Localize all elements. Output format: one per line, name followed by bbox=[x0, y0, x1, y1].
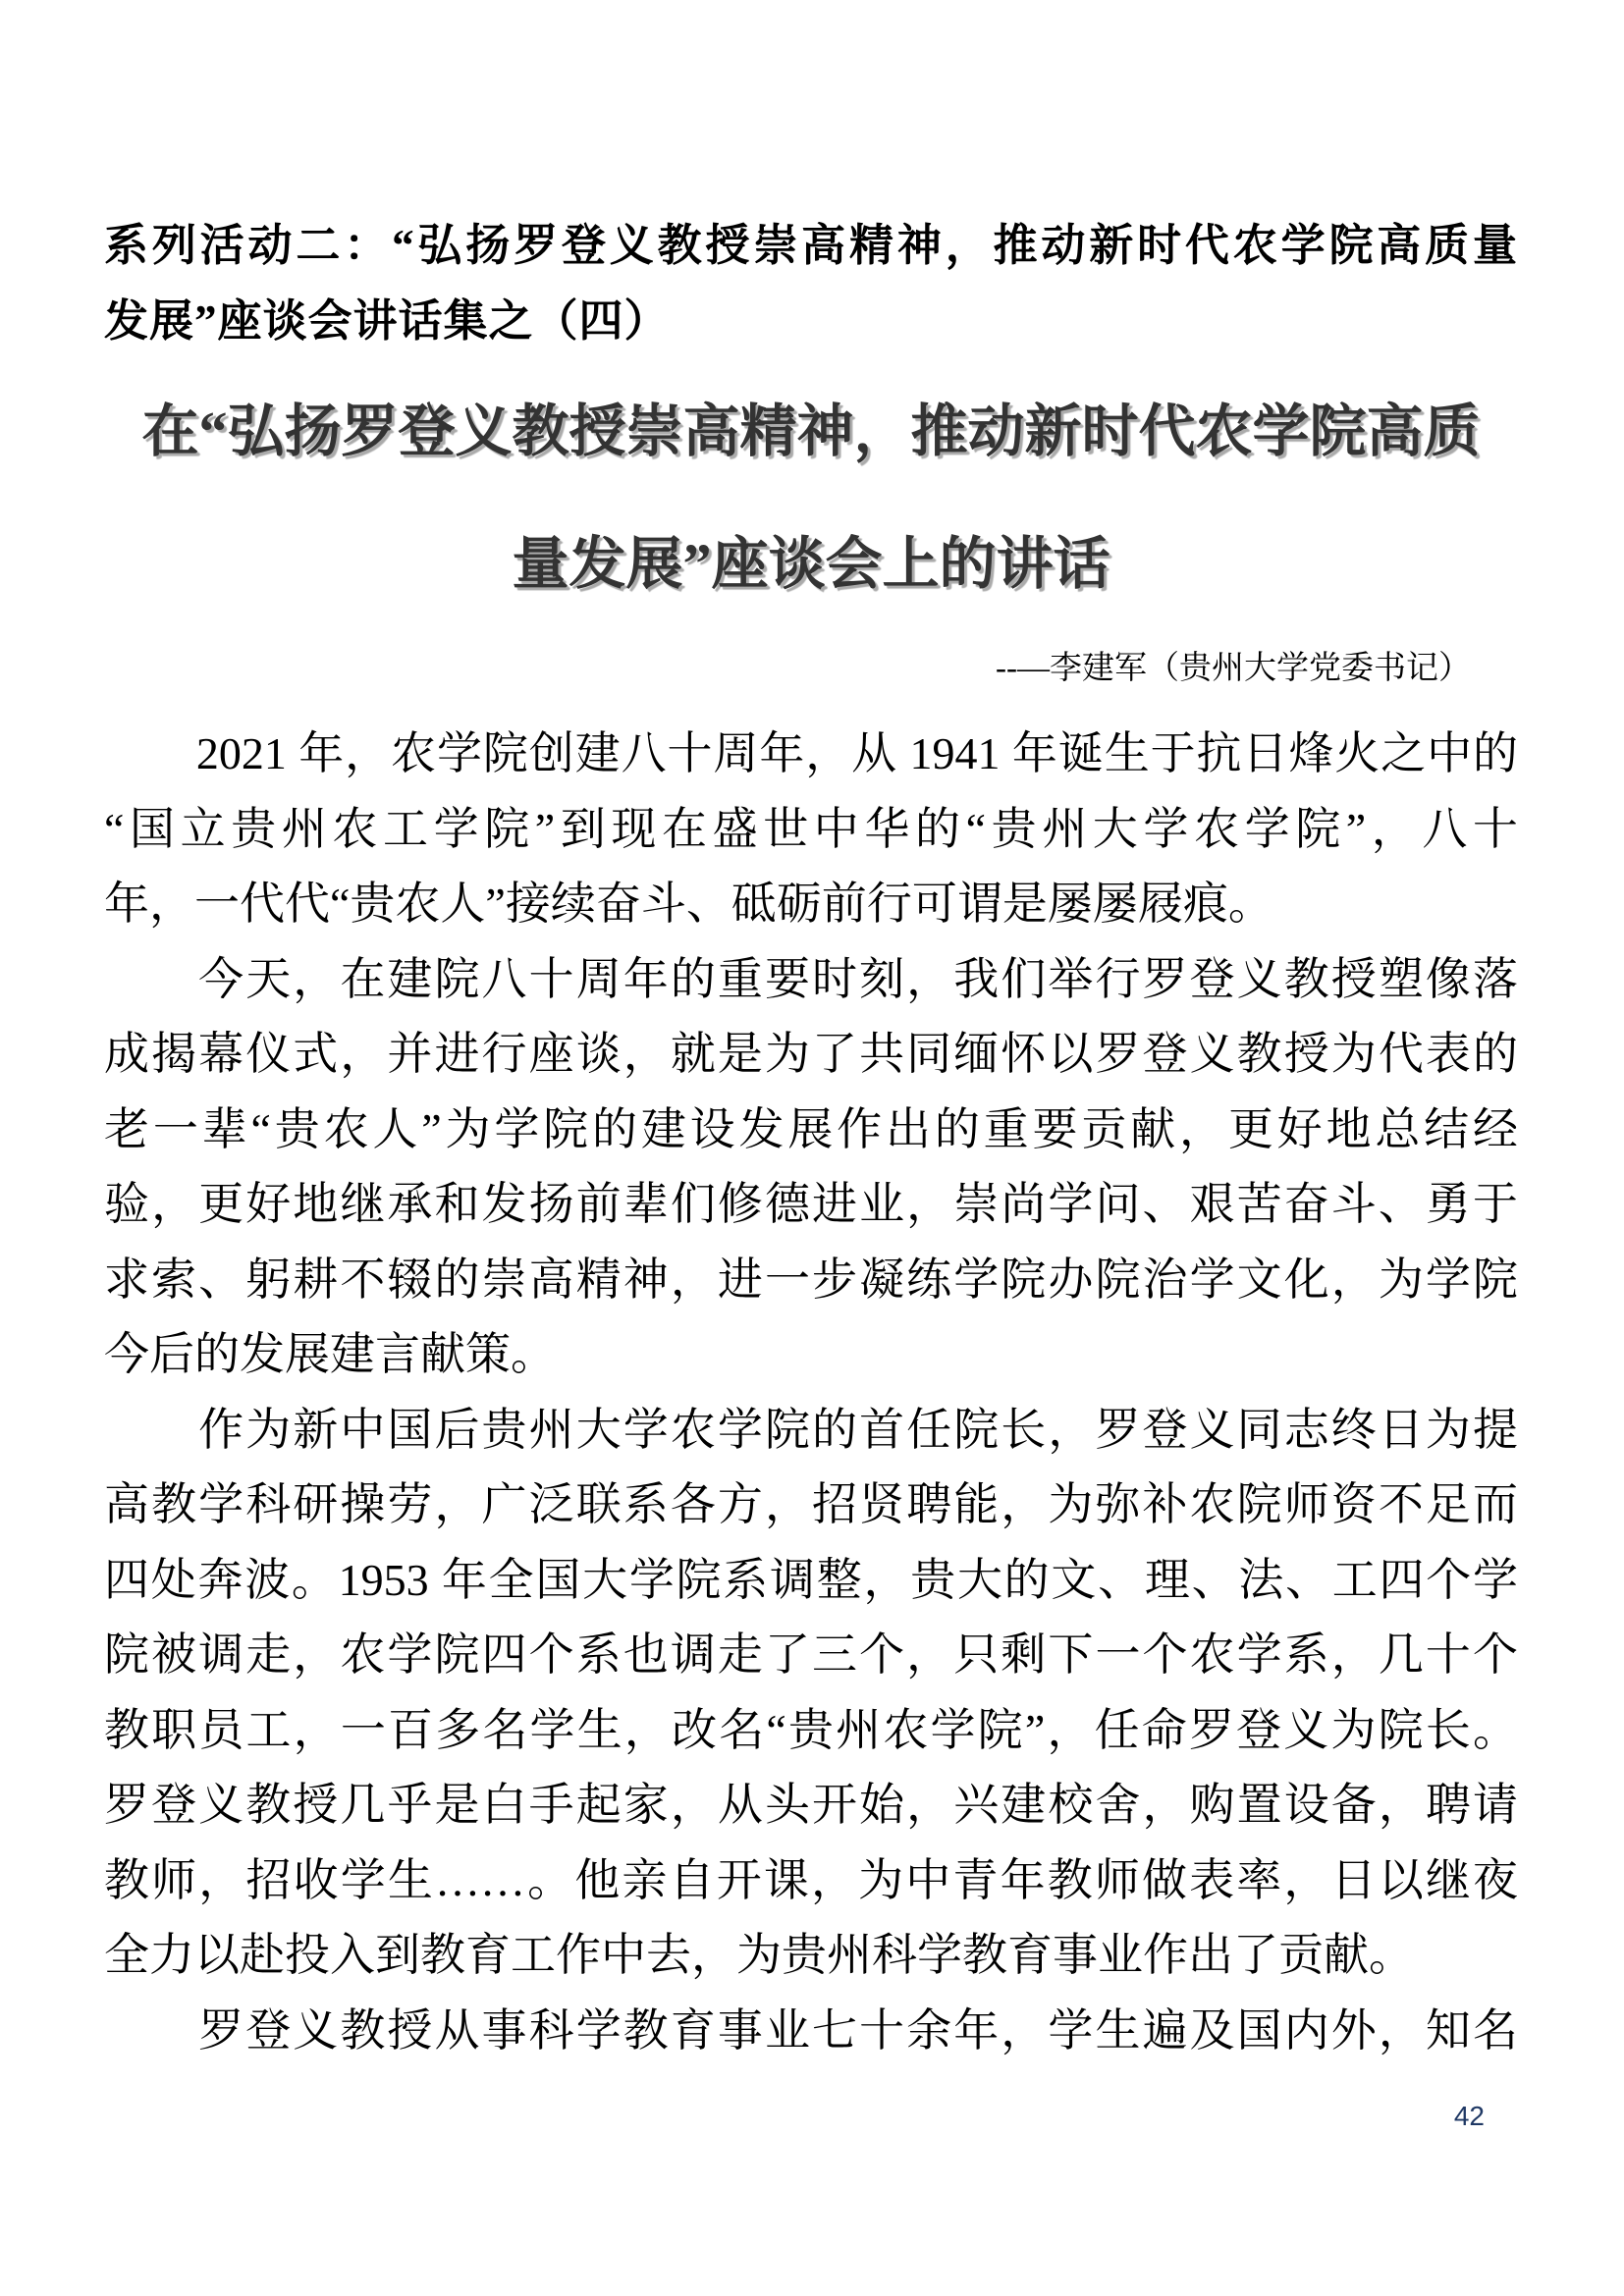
paragraph-line: “国立贵州农工学院”到现在盛世中华的“贵州大学农学院”，八十 bbox=[104, 792, 1518, 868]
series-heading-line: 系列活动二：“弘扬罗登义教授崇高精神，推动新时代农学院高质量 bbox=[104, 208, 1518, 284]
document-page: 系列活动二：“弘扬罗登义教授崇高精神，推动新时代农学院高质量发展”座谈会讲话集之… bbox=[0, 0, 1624, 2296]
page-title-line: 量发展”座谈会上的讲话 bbox=[104, 498, 1518, 630]
page-title: 在“弘扬罗登义教授崇高精神，推动新时代农学院高质量发展”座谈会上的讲话 bbox=[104, 365, 1518, 630]
paragraph-line: 四处奔波。1953 年全国大学院系调整，贵大的文、理、法、工四个学 bbox=[104, 1543, 1518, 1619]
paragraph-line: 院被调走，农学院四个系也调走了三个，只剩下一个农学系，几十个 bbox=[104, 1618, 1518, 1693]
paragraph-line: 罗登义教授从事科学教育事业七十余年，学生遍及国内外，知名 bbox=[104, 1994, 1518, 2069]
page-number: 42 bbox=[1454, 2101, 1485, 2132]
paragraph-line: 今后的发展建言献策。 bbox=[104, 1317, 1518, 1393]
paragraph-line: 全力以赴投入到教育工作中去，为贵州科学教育事业作出了贡献。 bbox=[104, 1918, 1518, 1994]
byline: --—李建军（贵州大学党委书记） bbox=[104, 634, 1518, 703]
paragraph: 作为新中国后贵州大学农学院的首任院长，罗登义同志终日为提高教学科研操劳，广泛联系… bbox=[104, 1393, 1518, 1994]
paragraph: 2021 年，农学院创建八十周年，从 1941 年诞生于抗日烽火之中的“国立贵州… bbox=[104, 717, 1518, 942]
paragraph-line: 今天，在建院八十周年的重要时刻，我们举行罗登义教授塑像落 bbox=[104, 942, 1518, 1018]
speech-body: 2021 年，农学院创建八十周年，从 1941 年诞生于抗日烽火之中的“国立贵州… bbox=[104, 717, 1518, 2068]
series-heading: 系列活动二：“弘扬罗登义教授崇高精神，推动新时代农学院高质量发展”座谈会讲话集之… bbox=[104, 208, 1518, 359]
page-title-line: 在“弘扬罗登义教授崇高精神，推动新时代农学院高质 bbox=[104, 365, 1518, 498]
paragraph-line: 教职员工，一百多名学生，改名“贵州农学院”，任命罗登义为院长。 bbox=[104, 1693, 1518, 1769]
paragraph-line: 成揭幕仪式，并进行座谈，就是为了共同缅怀以罗登义教授为代表的 bbox=[104, 1017, 1518, 1093]
paragraph-line: 2021 年，农学院创建八十周年，从 1941 年诞生于抗日烽火之中的 bbox=[104, 717, 1518, 792]
paragraph-line: 年，一代代“贵农人”接续奋斗、砥砺前行可谓是屡屡屐痕。 bbox=[104, 867, 1518, 942]
series-heading-line: 发展”座谈会讲话集之（四） bbox=[104, 284, 1518, 359]
paragraph-line: 老一辈“贵农人”为学院的建设发展作出的重要贡献，更好地总结经 bbox=[104, 1093, 1518, 1168]
page-content: 系列活动二：“弘扬罗登义教授崇高精神，推动新时代农学院高质量发展”座谈会讲话集之… bbox=[104, 0, 1518, 2068]
paragraph: 罗登义教授从事科学教育事业七十余年，学生遍及国内外，知名 bbox=[104, 1994, 1518, 2069]
paragraph-line: 高教学科研操劳，广泛联系各方，招贤聘能，为弥补农院师资不足而 bbox=[104, 1468, 1518, 1543]
paragraph-line: 作为新中国后贵州大学农学院的首任院长，罗登义同志终日为提 bbox=[104, 1393, 1518, 1468]
paragraph-line: 教师，招收学生……。他亲自开课，为中青年教师做表率，日以继夜 bbox=[104, 1843, 1518, 1919]
paragraph-line: 求索、躬耕不辍的崇高精神，进一步凝练学院办院治学文化，为学院 bbox=[104, 1243, 1518, 1318]
paragraph: 今天，在建院八十周年的重要时刻，我们举行罗登义教授塑像落成揭幕仪式，并进行座谈，… bbox=[104, 942, 1518, 1393]
paragraph-line: 罗登义教授几乎是白手起家，从头开始，兴建校舍，购置设备，聘请 bbox=[104, 1768, 1518, 1843]
paragraph-line: 验，更好地继承和发扬前辈们修德进业，崇尚学问、艰苦奋斗、勇于 bbox=[104, 1167, 1518, 1243]
